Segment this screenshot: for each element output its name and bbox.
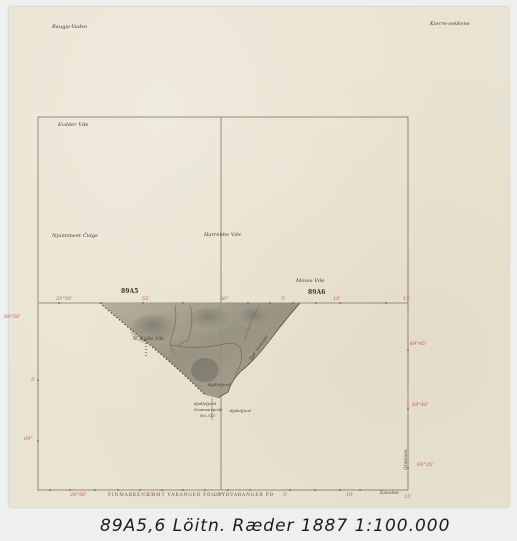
archive-caption: 89A5,6 Löitn. Ræder 1887 1:100.000 <box>100 512 430 540</box>
longitude-label: 15' <box>403 296 411 302</box>
place-label: N. Kjolle Vde <box>133 337 164 342</box>
place-label: Kjøllefjord <box>208 382 230 387</box>
place-label: No 311 <box>200 413 215 418</box>
place-label: Mosse Vde <box>296 278 324 284</box>
sheet-label-89A5: 89A5 <box>121 288 139 295</box>
longitude-label: 29°50' <box>70 492 87 498</box>
latitude-label: 69° <box>24 436 33 442</box>
longitude-label: 30° <box>220 296 229 302</box>
sheet-label-89A6: 89A6 <box>308 289 326 296</box>
longitude-label: 5' <box>283 492 288 498</box>
corner-label-top-left: Baugje-Vadso <box>52 24 87 30</box>
map-footer-note: Kanalen <box>380 491 399 496</box>
longitude-label: 5' <box>281 296 286 302</box>
map-side-note: Grænsen <box>404 449 409 470</box>
longitude-label: 10' <box>333 296 341 302</box>
place-label: Ecdder Vde <box>58 122 89 128</box>
map-graphics <box>0 0 517 541</box>
longitude-label: 55' <box>142 296 150 302</box>
latitude-label: 69°40' <box>412 402 429 408</box>
latitude-label: 69°45' <box>410 341 427 347</box>
latitude-label: 69°35' <box>417 462 434 468</box>
place-label: Harrebbe Vde <box>204 232 241 238</box>
place-label: Njunnmeet Čidge <box>52 233 98 239</box>
place-label: Kjøllefjord <box>194 401 216 406</box>
longitude-label: 29°50' <box>56 296 73 302</box>
corner-label-top-right: Kierre-sekkene <box>430 21 470 27</box>
place-label: Kjølefjord <box>230 408 251 413</box>
latitude-label: 69°50' <box>4 314 21 320</box>
longitude-label: 10' <box>346 492 354 498</box>
place-label: Grænsevarde <box>194 407 222 412</box>
longitude-label: 15' <box>404 494 412 500</box>
map-footer-title: FINMARKENS AMT VARANGER FDG SYDVARANGER … <box>108 493 274 498</box>
latitude-label: 5' <box>31 377 36 383</box>
